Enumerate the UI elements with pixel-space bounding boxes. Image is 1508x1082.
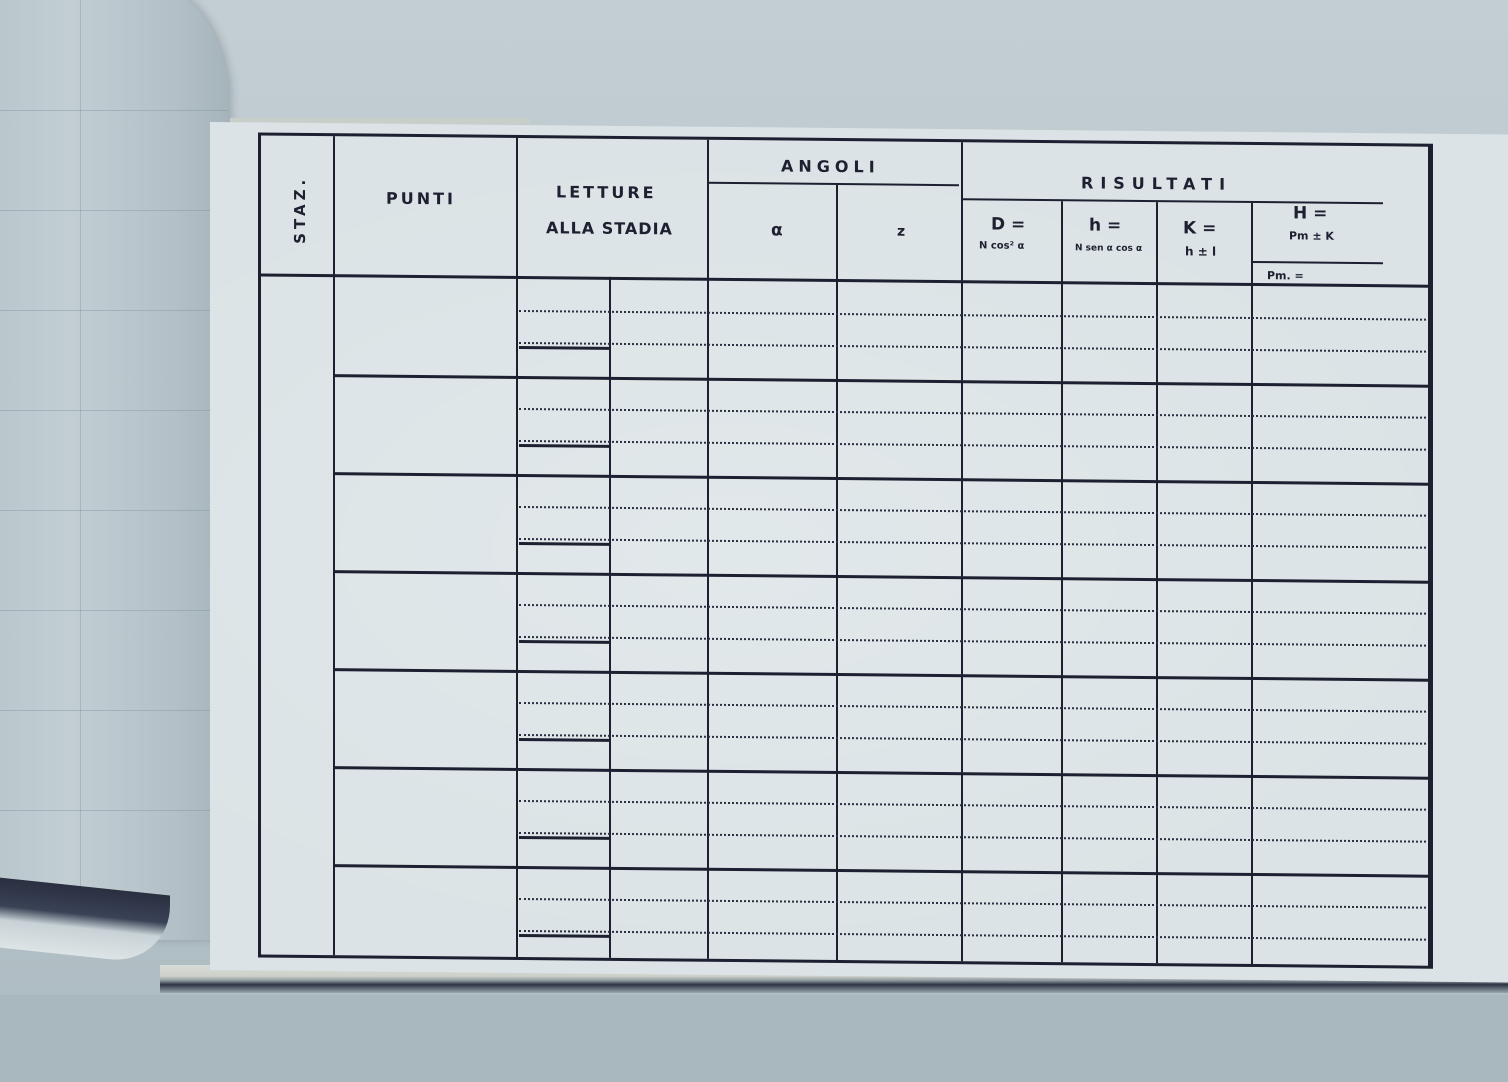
header-letture-line2: ALLA STADIA [546,218,673,238]
table-surface-lower [0,995,1508,1082]
header-angoli: ANGOLI [781,156,880,176]
curled-page-grid [0,0,228,940]
station-row-4[interactable] [335,572,1428,676]
station-row-6[interactable] [335,768,1428,872]
station-row-1[interactable] [335,278,1428,382]
header-D-label: D = [991,214,1025,234]
form-sheet: STAZ. PUNTI LETTURE ALLA STADIA ANGOLI α… [210,122,1508,982]
station-row-7[interactable] [335,866,1428,970]
risultati-divider [963,198,1383,204]
header-risultati: RISULTATI [1081,173,1232,193]
header-staz: STAZ. [291,176,309,244]
header-h-formula: N sen α cos α [1075,243,1142,254]
header-H-label: H = [1293,203,1327,223]
header-K-formula: h ± l [1185,244,1216,258]
survey-form-table: STAZ. PUNTI LETTURE ALLA STADIA ANGOLI α… [258,132,1433,968]
header-K-label: K = [1183,218,1216,238]
header-H-formula: Pm ± K [1289,229,1334,242]
header-h-label: h = [1089,215,1121,235]
angoli-divider [707,182,959,186]
header-Pm-label: Pm. = [1267,269,1304,282]
form-rows [261,135,1428,146]
header-angle-alpha: α [771,220,783,240]
header-angle-z: z [897,224,905,240]
station-row-3[interactable] [335,474,1428,578]
curled-previous-page [0,0,228,940]
header-punti: PUNTI [386,189,456,209]
header-letture-line1: LETTURE [556,182,657,202]
H-Pm-divider [1251,261,1383,264]
station-row-5[interactable] [335,670,1428,774]
header-D-formula: N cos² α [979,240,1024,251]
station-row-2[interactable] [335,376,1428,480]
